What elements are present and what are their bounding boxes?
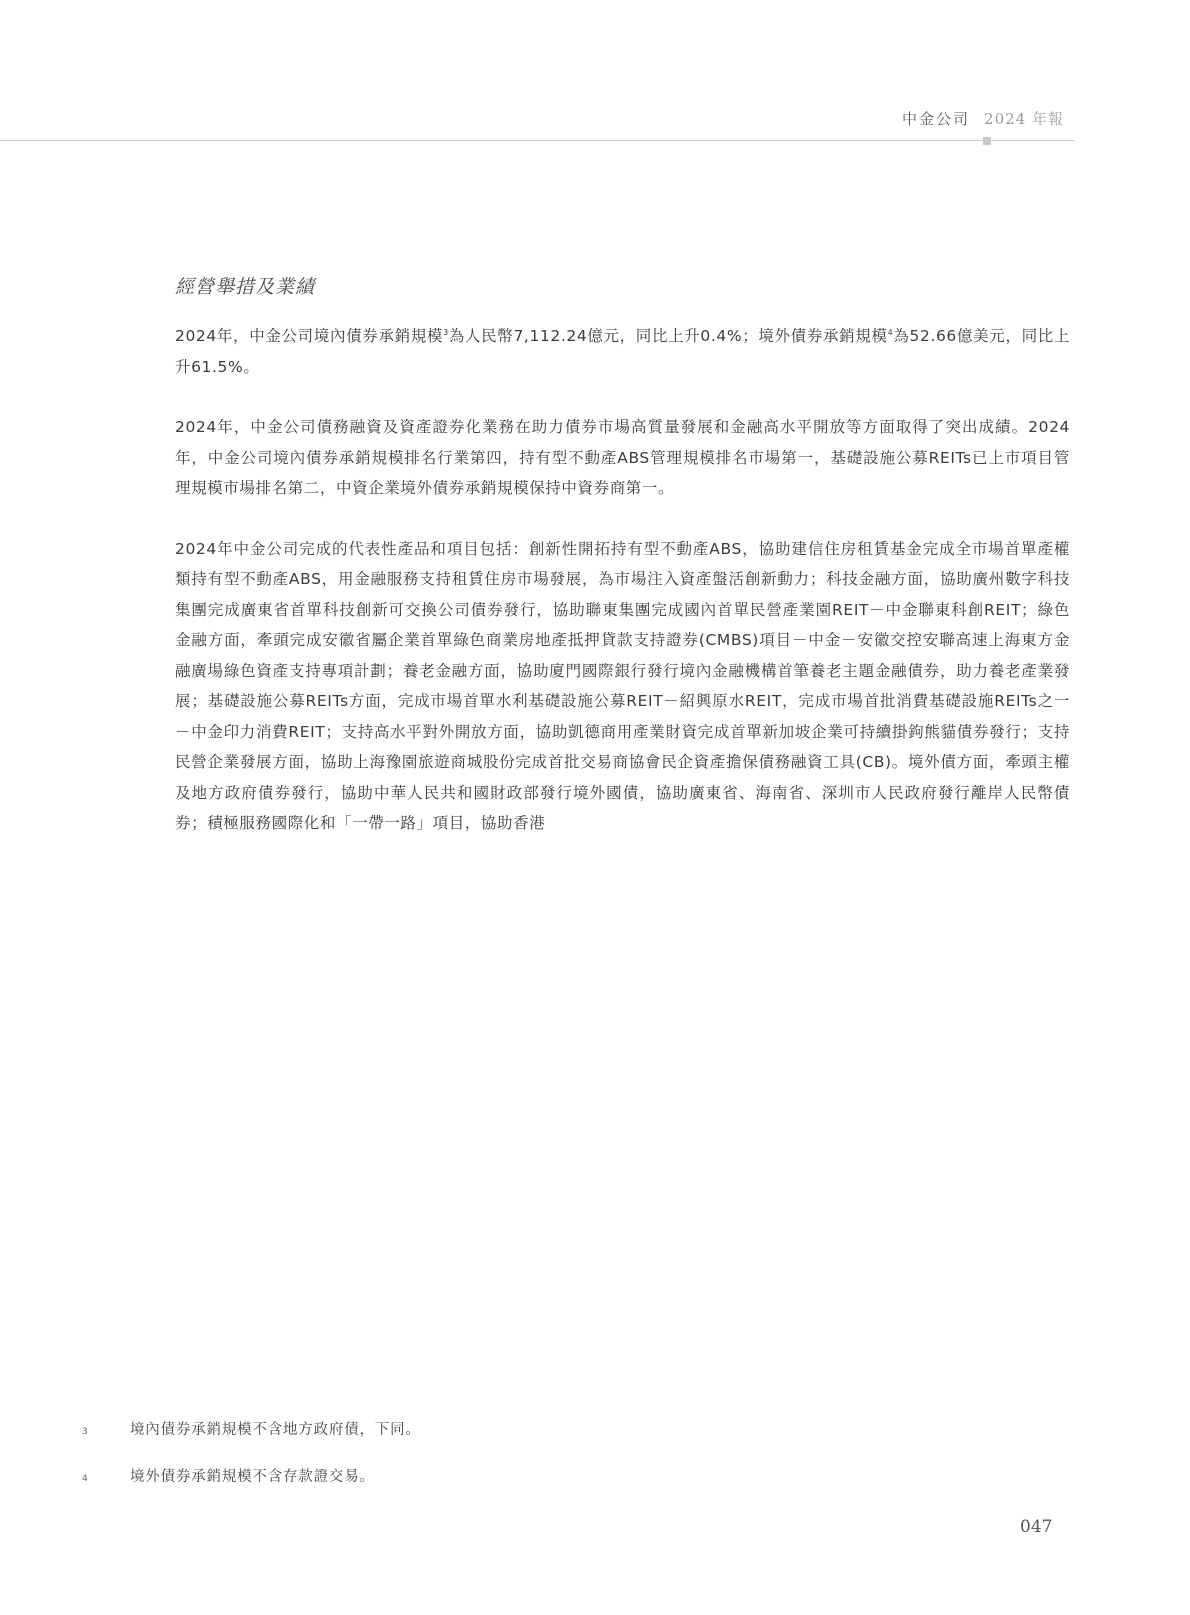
footnote-text: 境內債券承銷規模不含地方政府債，下同。	[130, 1418, 421, 1439]
footnote-4: 4 境外債券承銷規模不含存款證交易。	[82, 1465, 982, 1486]
footnotes: 3 境內債券承銷規模不含地方政府債，下同。 4 境外債券承銷規模不含存款證交易。	[82, 1418, 982, 1512]
footnote-text: 境外債券承銷規模不含存款證交易。	[130, 1465, 375, 1486]
header-divider	[0, 140, 1075, 141]
page-number: 047	[1020, 1517, 1052, 1537]
paragraph-representative-projects: 2024年中金公司完成的代表性產品和項目包括：創新性開拓持有型不動產ABS，協助…	[175, 534, 1070, 839]
running-header: 中金公司 2024 年報	[902, 108, 1064, 129]
main-content: 經營舉措及業績 2024年，中金公司境內債券承銷規模3為人民幣7,112.24億…	[175, 272, 1070, 869]
footnote-number: 4	[82, 1474, 130, 1484]
header-marker-square	[983, 137, 991, 145]
footnote-number: 3	[82, 1427, 130, 1437]
paragraph-text: 為人民幣7,112.24億元，同比上升0.4%；境外債券承銷規模	[449, 327, 888, 345]
paragraph-achievements: 2024年，中金公司債務融資及資產證券化業務在助力債券市場高質量發展和金融高水平…	[175, 412, 1070, 504]
paragraph-underwriting: 2024年，中金公司境內債券承銷規模3為人民幣7,112.24億元，同比上升0.…	[175, 321, 1070, 382]
header-company-name: 中金公司	[902, 108, 970, 129]
section-title: 經營舉措及業績	[175, 272, 1070, 299]
header-report-title: 2024 年報	[984, 108, 1064, 129]
footnote-3: 3 境內債券承銷規模不含地方政府債，下同。	[82, 1418, 982, 1439]
paragraph-text: 2024年，中金公司境內債券承銷規模	[175, 327, 443, 345]
